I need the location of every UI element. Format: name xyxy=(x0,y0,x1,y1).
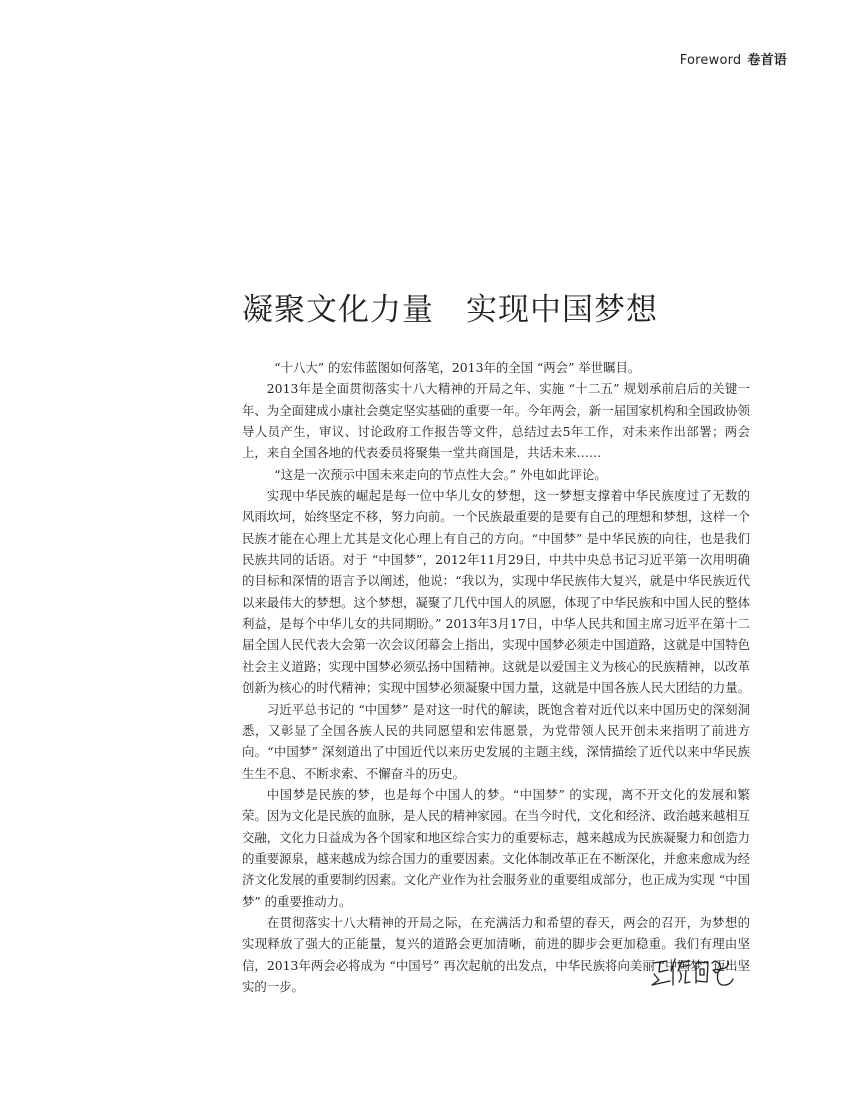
paragraph: 习近平总书记的 “中国梦” 是对这一时代的解读，既饱含着对近代以来中国历史的深刻… xyxy=(242,699,750,784)
article-title: 凝聚文化力量 实现中国梦想 xyxy=(242,284,658,329)
paragraph: 中国梦是民族的梦，也是每个中国人的梦。“中国梦” 的实现，离不开文化的发展和繁荣… xyxy=(242,784,750,912)
header-english: Foreword xyxy=(680,53,742,68)
running-header: Foreword卷首语 xyxy=(680,49,787,68)
paragraph: “这是一次预示中国未来走向的节点性大会。” 外电如此评论。 xyxy=(242,464,750,485)
paragraph: 2013年是全面贯彻落实十八大精神的开局之年、实施 “十二五” 规划承前启后的关… xyxy=(242,378,750,463)
article-body: “十八大” 的宏伟蓝图如何落笔，2013年的全国 “两会” 举世瞩目。 2013… xyxy=(242,357,750,997)
paragraph: 实现中华民族的崛起是每一位中华儿女的梦想，这一梦想支撑着中华民族度过了无数的风雨… xyxy=(242,485,750,698)
header-chinese: 卷首语 xyxy=(747,53,787,68)
paragraph: “十八大” 的宏伟蓝图如何落笔，2013年的全国 “两会” 举世瞩目。 xyxy=(242,357,750,378)
handwritten-signature-icon xyxy=(650,955,735,989)
